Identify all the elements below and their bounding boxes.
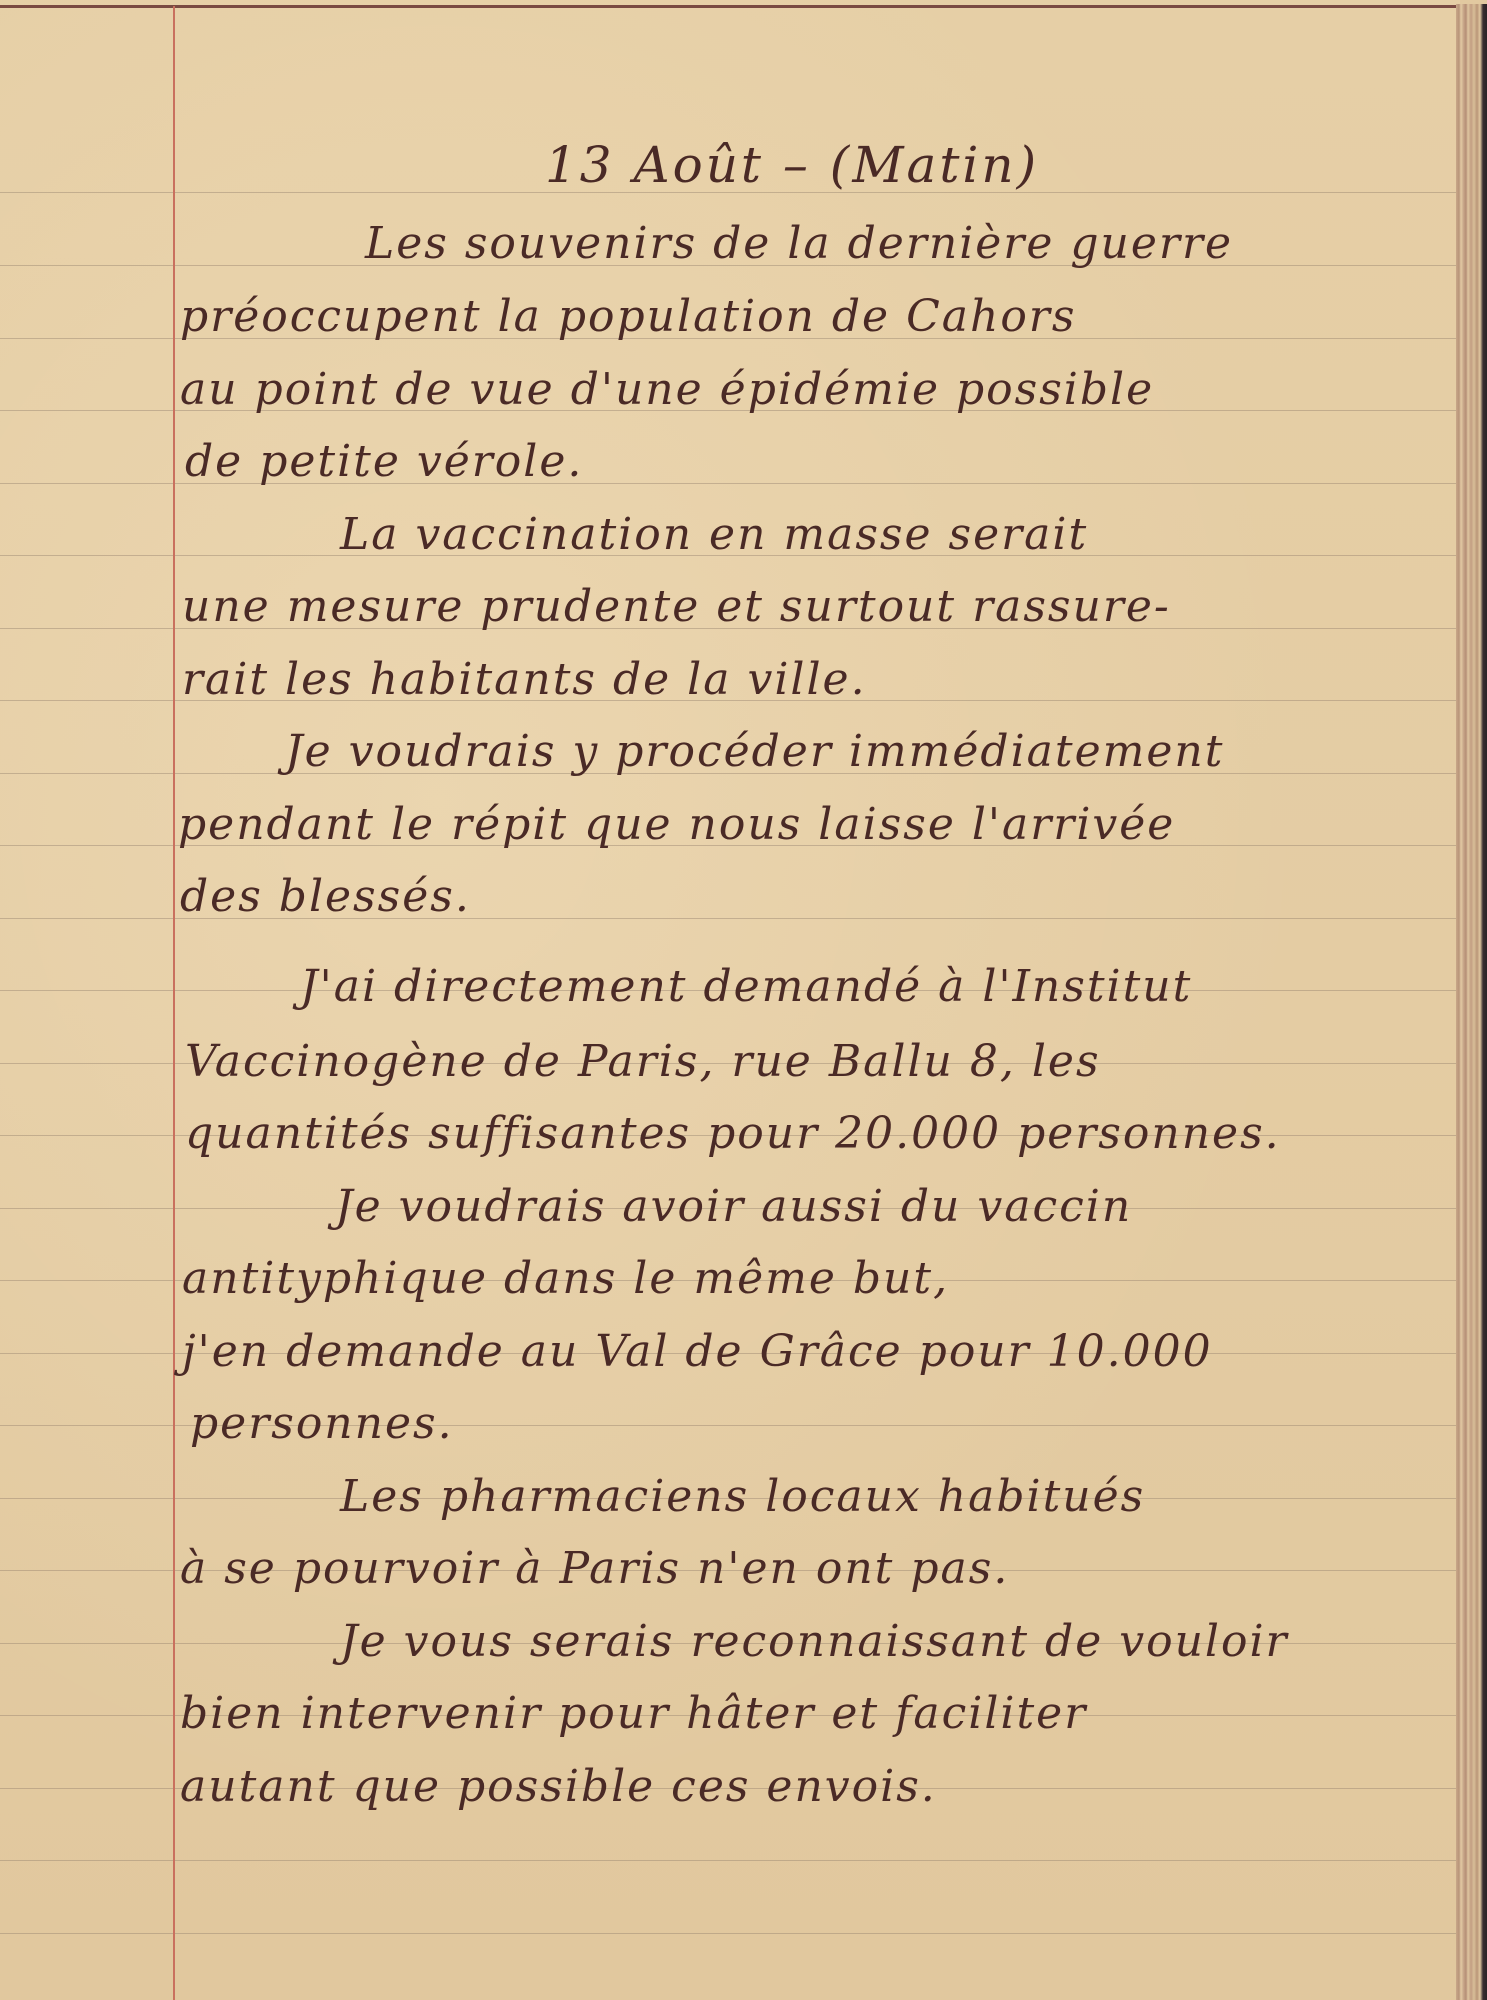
text-line: personnes.	[190, 1402, 454, 1446]
text-line: Les pharmaciens locaux habitués	[340, 1475, 1145, 1519]
text-line: préoccupent la population de Cahors	[180, 295, 1076, 339]
ruled-line	[0, 1933, 1456, 1934]
text-line: Je voudrais avoir aussi du vaccin	[335, 1185, 1132, 1229]
text-line: Vaccinogène de Paris, rue Ballu 8, les	[185, 1040, 1101, 1084]
text-line: J'ai directement demandé à l'Institut	[300, 965, 1192, 1009]
notebook-page: 13 Août – (Matin) Les souvenirs de la de…	[0, 0, 1460, 2000]
text-line: Je vous serais reconnaissant de vouloir	[340, 1620, 1289, 1664]
text-line: à se pourvoir à Paris n'en ont pas.	[180, 1547, 1009, 1591]
top-rule-line	[0, 5, 1460, 8]
text-line: une mesure prudente et surtout rassure-	[182, 585, 1171, 629]
text-line: antityphique dans le même but,	[182, 1257, 949, 1301]
text-line: quantités suffisantes pour 20.000 person…	[185, 1112, 1281, 1156]
text-line: des blessés.	[180, 875, 471, 919]
stacked-page-edges	[1456, 4, 1487, 2000]
ruled-line	[0, 1860, 1456, 1861]
text-line: de petite vérole.	[185, 440, 583, 484]
text-line: Les souvenirs de la dernière guerre	[365, 222, 1233, 266]
red-margin-line	[173, 6, 175, 2000]
text-line: rait les habitants de la ville.	[182, 658, 867, 702]
text-line: bien intervenir pour hâter et faciliter	[180, 1692, 1087, 1736]
text-line: au point de vue d'une épidémie possible	[180, 368, 1154, 412]
text-line: autant que possible ces envois.	[180, 1765, 937, 1809]
text-line: j'en demande au Val de Grâce pour 10.000	[182, 1330, 1213, 1374]
text-line: La vaccination en masse serait	[340, 513, 1088, 557]
text-line: Je voudrais y procéder immédiatement	[285, 730, 1224, 774]
text-line: pendant le répit que nous laisse l'arriv…	[178, 803, 1175, 847]
heading-date: 13 Août – (Matin)	[545, 140, 1039, 190]
